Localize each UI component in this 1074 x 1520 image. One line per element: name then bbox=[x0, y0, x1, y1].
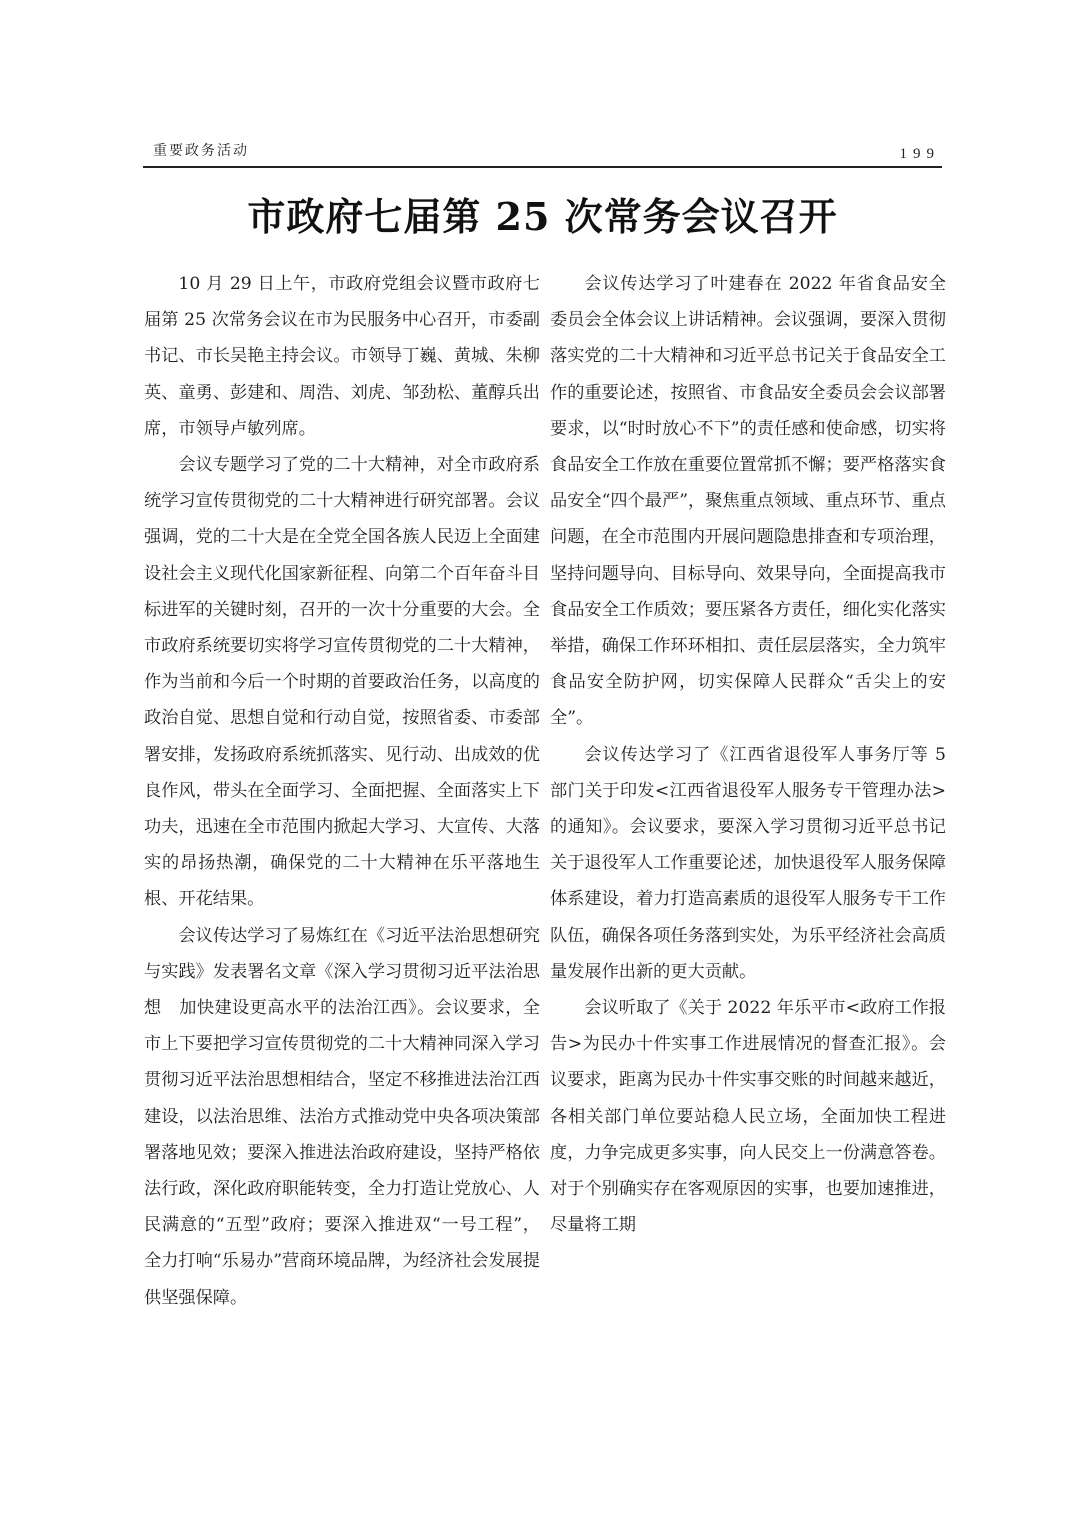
page-number: 199 bbox=[900, 146, 941, 163]
running-header: 重要政务活动 199 bbox=[143, 136, 942, 168]
paragraph-ten-practical-matters: 会议听取了《关于 2022 年乐平市<政府工作报告>为民办十件实事工作进展情况的… bbox=[550, 990, 946, 1243]
paragraph-rule-of-law: 会议传达学习了易炼红在《习近平法治思想研究与实践》发表署名文章《深入学习贯彻习近… bbox=[144, 918, 540, 1316]
section-label: 重要政务活动 bbox=[153, 140, 249, 160]
right-column: 会议传达学习了叶建春在 2022 年省食品安全委员会全体会议上讲话精神。会议强调… bbox=[550, 266, 946, 1243]
article-title: 市政府七届第 25 次常务会议召开 bbox=[143, 186, 942, 241]
paragraph-meeting-intro: 10 月 29 日上午，市政府党组会议暨市政府七届第 25 次常务会议在市为民服… bbox=[144, 266, 540, 447]
left-column: 10 月 29 日上午，市政府党组会议暨市政府七届第 25 次常务会议在市为民服… bbox=[144, 266, 540, 1316]
paragraph-veterans-affairs: 会议传达学习了《江西省退役军人事务厅等 5 部门关于印发<江西省退役军人服务专干… bbox=[550, 737, 946, 990]
paragraph-food-safety: 会议传达学习了叶建春在 2022 年省食品安全委员会全体会议上讲话精神。会议强调… bbox=[550, 266, 946, 737]
paragraph-twentieth-congress: 会议专题学习了党的二十大精神，对全市政府系统学习宣传贯彻党的二十大精神进行研究部… bbox=[144, 447, 540, 918]
